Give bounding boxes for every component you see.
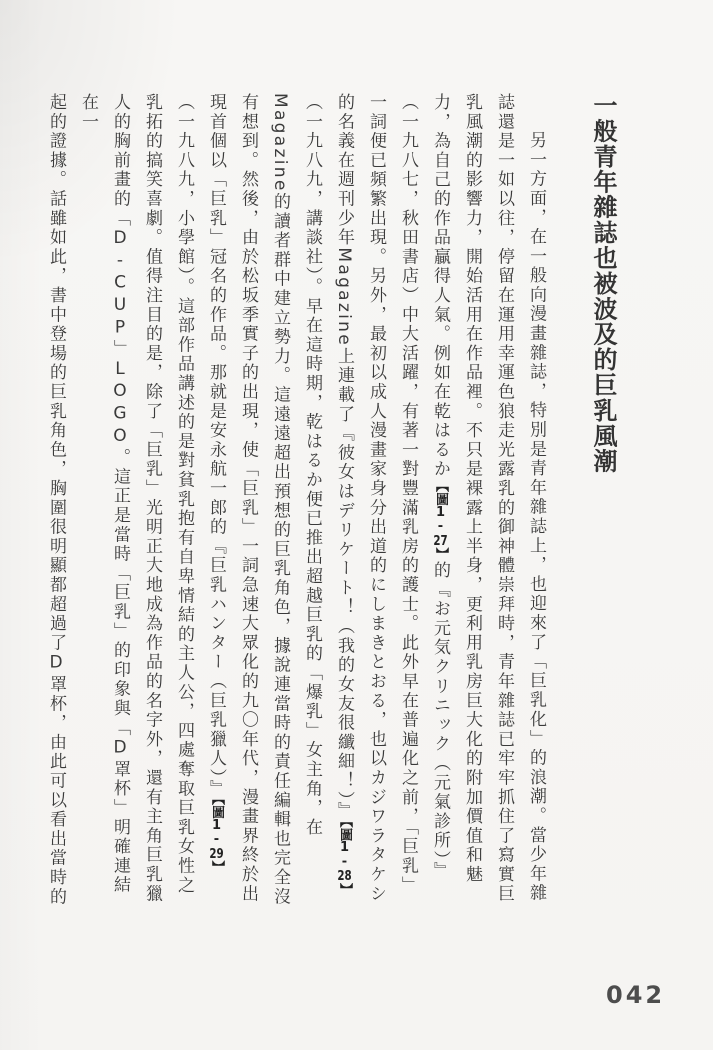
figure-reference: 【圖1-29】 <box>209 799 224 875</box>
text-column: 誌還是一如以往，停留在運用幸運色狼走光露乳的御神體崇拜時，青年雜誌已牢牢抓住了寫… <box>488 93 520 909</box>
section-title: 一般青年雜誌也被波及的巨乳風潮 <box>588 93 618 911</box>
text-run: Magazine的讀者群中建立勢力。這遠遠超出預想的巨乳角色，據說連當時的責任編… <box>270 93 290 907</box>
latin-upright-text: D-CUP <box>110 228 130 340</box>
latin-upright-text: D <box>46 653 66 675</box>
text-run: 誌還是一如以往，停留在運用幸運色狼走光露乳的御神體崇拜時，青年雜誌已牢牢抓住了寫… <box>494 93 514 904</box>
text-run: （一九八九，小學館）。這部作品講述的是對貧乳抱有自卑情結的主人公，四處奪取巨乳女… <box>174 93 194 895</box>
text-run: 的『お元気クリニック（元氣診所）』 <box>430 561 450 881</box>
text-column: 乳拓的搞笑喜劇。值得注目的是，除了「巨乳」光明正大地成為作品的名字外，還有主角巨… <box>136 93 168 909</box>
figure-number: 27 <box>433 535 448 548</box>
text-run: （一九八九，講談社）。早在這時期，乾はるか便已推出超越巨乳的「爆乳」女主角，在 <box>302 93 322 837</box>
text-column: 起的證據。話雖如此，書中登場的巨乳角色，胸圍很明顯都超過了D罩杯，由此可以看出當… <box>40 93 72 909</box>
text-column: 的名義在週刊少年Magazine上連載了『彼女はデリケート！（我的女友很纖細！）… <box>328 93 360 909</box>
text-column: 一詞便已頻繁出現。另外，最初以成人漫畫家身分出道的にしまきとおる，也以カジワラタ… <box>360 93 392 909</box>
figure-number: 1 <box>209 819 224 832</box>
text-run: 一詞便已頻繁出現。另外，最初以成人漫畫家身分出道的にしまきとおる，也以カジワラタ… <box>366 93 386 904</box>
page-content: 一般青年雜誌也被波及的巨乳風潮 另一方面，在一般向漫畫雜誌，特別是青年雜誌上，也… <box>40 93 618 911</box>
text-run: 乳風潮的影響力，開始活用在作品裡。不只是裸露上半身，更利用乳房巨大化的附加價值和… <box>462 93 482 884</box>
text-run: 」 <box>110 340 130 359</box>
text-run: 力，為自己的作品贏得人氣。例如在乾はるか <box>430 93 450 479</box>
figure-reference: 【圖1-27】 <box>433 479 448 561</box>
text-column: （一九八九，講談社）。早在這時期，乾はるか便已推出超越巨乳的「爆乳」女主角，在 <box>296 93 328 909</box>
latin-upright-text: D <box>110 738 130 760</box>
text-run: 乳拓的搞笑喜劇。值得注目的是，除了「巨乳」光明正大地成為作品的名字外，還有主角巨… <box>142 93 162 904</box>
figure-number: 29 <box>209 848 224 861</box>
text-column: 現首個以「巨乳」冠名的作品。那就是安永航一郎的『巨乳ハンター（巨乳獵人）』【圖1… <box>200 93 232 909</box>
text-column: Magazine的讀者群中建立勢力。這遠遠超出預想的巨乳角色，據說連當時的責任編… <box>264 93 296 909</box>
text-run: 起的證據。話雖如此，書中登場的巨乳角色，胸圍很明顯都超過了 <box>46 93 66 653</box>
text-run: 有想到。然後，由於松坂季實子的出現，使「巨乳」一詞急速大眾化的九〇年代，漫畫界終… <box>238 93 258 904</box>
text-run: 人的胸前畫的「 <box>110 93 130 228</box>
text-run: 另一方面，在一般向漫畫雜誌，特別是青年雜誌上，也迎來了「巨乳化」的浪潮。當少年雜 <box>526 131 546 903</box>
figure-number: 1 <box>433 506 448 519</box>
figure-reference: 【圖1-28】 <box>337 821 352 897</box>
text-run: 。這正是當時「巨乳」的印象與「 <box>110 448 130 738</box>
text-run: 罩杯，由此可以看出當時的 <box>46 675 66 907</box>
text-run: （一九八七，秋田書店）中大活躍，有著一對豐滿乳房的護士。此外早在普遍化之前，「巨… <box>398 93 418 895</box>
text-column: 有想到。然後，由於松坂季實子的出現，使「巨乳」一詞急速大眾化的九〇年代，漫畫界終… <box>232 93 264 909</box>
page-number: 042 <box>606 981 665 1009</box>
book-page: 一般青年雜誌也被波及的巨乳風潮 另一方面，在一般向漫畫雜誌，特別是青年雜誌上，也… <box>0 0 713 1050</box>
text-run: 現首個以「巨乳」冠名的作品。那就是安永航一郎的『巨乳ハンター（巨乳獵人）』 <box>206 93 226 799</box>
text-column: 力，為自己的作品贏得人氣。例如在乾はるか【圖1-27】的『お元気クリニック（元氣… <box>424 93 456 909</box>
text-column: （一九八七，秋田書店）中大活躍，有著一對豐滿乳房的護士。此外早在普遍化之前，「巨… <box>392 93 424 909</box>
text-column: 人的胸前畫的「D-CUP」LOGO。這正是當時「巨乳」的印象與「D罩杯」明確連結… <box>72 93 136 909</box>
figure-number: 28 <box>337 870 352 883</box>
text-run: 的名義在週刊少年Magazine上連載了『彼女はデリケート！（我的女友很纖細！）… <box>334 93 354 821</box>
text-column: 另一方面，在一般向漫畫雜誌，特別是青年雜誌上，也迎來了「巨乳化」的浪潮。當少年雜 <box>520 93 552 909</box>
figure-number: 1 <box>337 841 352 854</box>
latin-upright-text: LOGO <box>110 359 130 448</box>
text-column: 乳風潮的影響力，開始活用在作品裡。不只是裸露上半身，更利用乳房巨大化的附加價值和… <box>456 93 488 909</box>
text-column: （一九八九，小學館）。這部作品講述的是對貧乳抱有自卑情結的主人公，四處奪取巨乳女… <box>168 93 200 909</box>
